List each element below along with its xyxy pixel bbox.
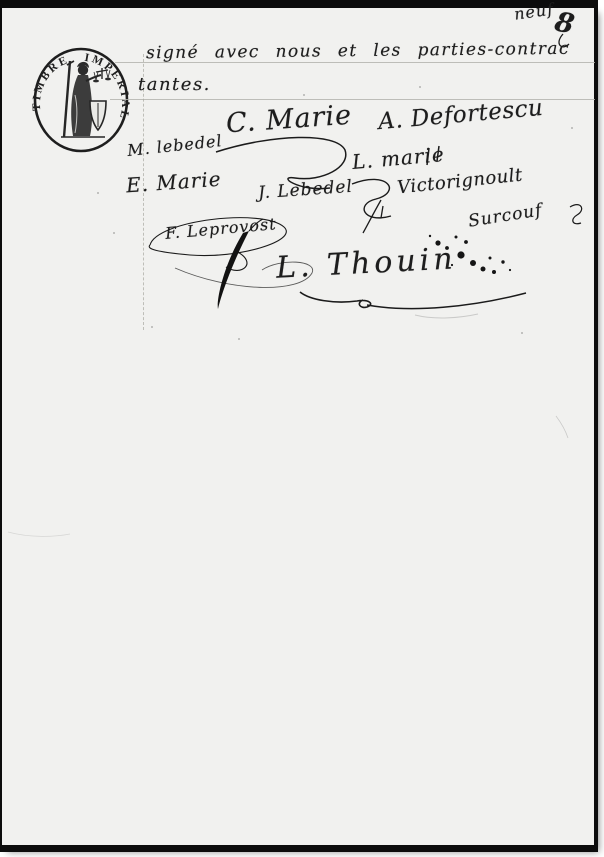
ink-speck (151, 326, 153, 328)
ink-speck (113, 232, 115, 234)
ink-speck (571, 127, 573, 129)
ink-speck (97, 192, 99, 194)
scanned-document-page: neuf 8 TIMBRE IMPERIAL (0, 0, 604, 857)
ink-speck (419, 86, 421, 88)
pen-flourishes (0, 0, 604, 857)
ink-speck (303, 94, 305, 96)
ink-speck (521, 332, 523, 334)
ink-speck (238, 338, 240, 340)
